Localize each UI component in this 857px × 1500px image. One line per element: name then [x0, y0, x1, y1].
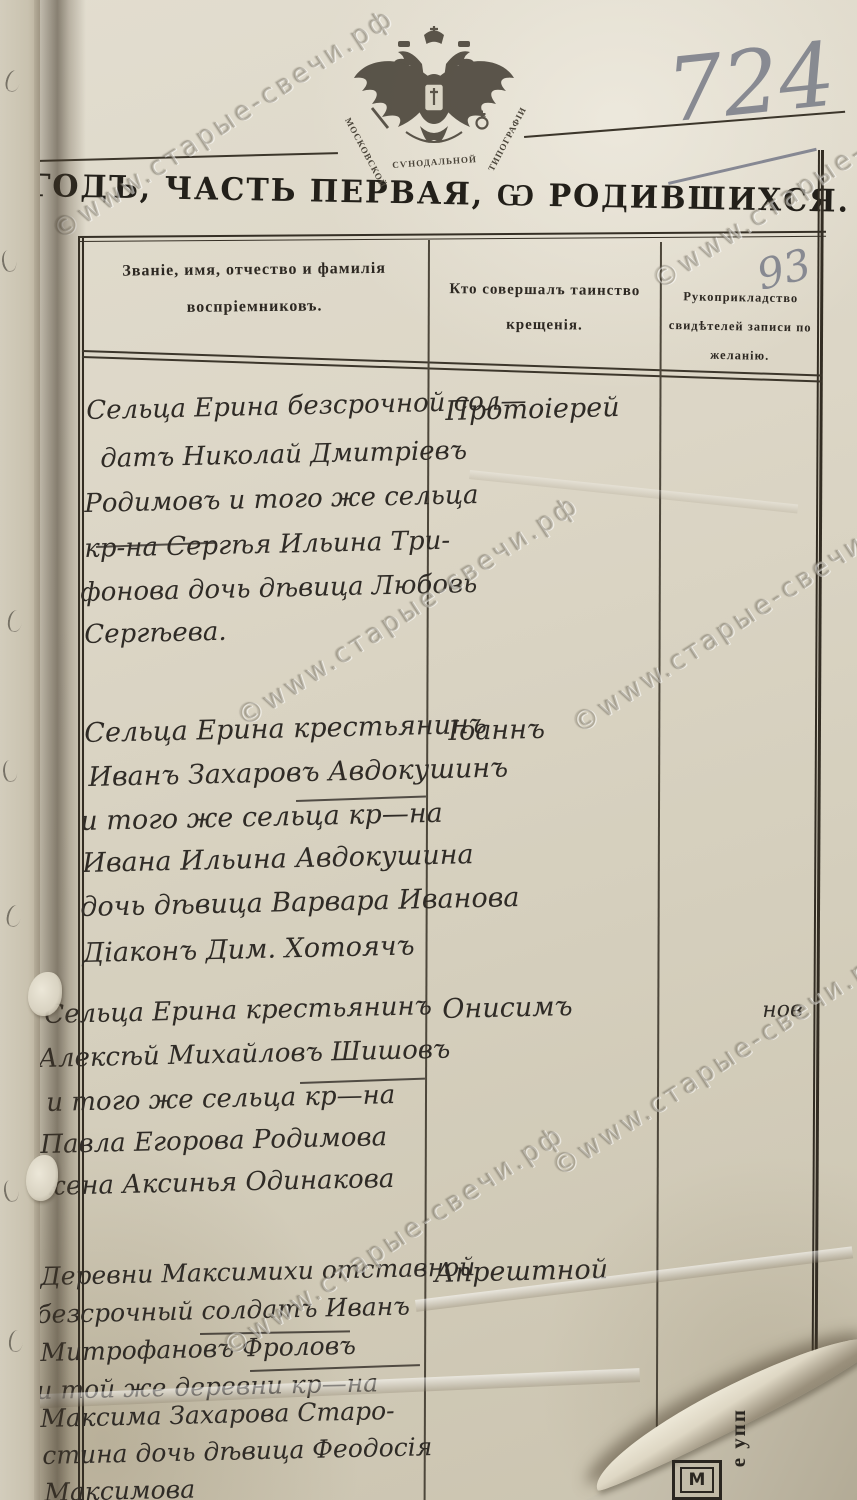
entry-3-line-2: Алексѣй Михайловъ Шишовъ	[38, 1035, 451, 1074]
page-title: ГОДЪ, ЧАСТЬ ПЕРВАЯ, Ѡ РОДИВШИХСЯ.	[29, 168, 850, 220]
entry-1-line-3: Родимовъ и того же сельца	[84, 480, 479, 519]
entry-3-line-3: и того же сельца кр—на	[46, 1080, 396, 1118]
crease-line	[469, 470, 798, 513]
pencil-strikethrough	[668, 148, 817, 185]
entry-3-witness: нов	[762, 997, 803, 1023]
entry-1-line-5: фонова дочь дѣвица Любовь	[80, 569, 478, 608]
entry-4-line-1: Деревни Максимихи отставной	[40, 1252, 476, 1291]
entry-4-line-7: Максимова	[44, 1475, 195, 1500]
entry-3-line-5: жена Аксинья Одинакова	[36, 1164, 395, 1202]
column-header-witnesses: Рукоприкладство свидѣтелей записи по жел…	[664, 282, 815, 371]
entry-3-officiant: Онисимъ	[442, 991, 573, 1025]
entry-2-officiant: Іоаннъ	[448, 714, 545, 747]
entry-2-line-2: Иванъ Захаровъ Авдокушинъ	[88, 752, 508, 793]
rule-left-of-emblem	[36, 152, 338, 162]
watermark: ©www.старые-свечи.рф	[547, 939, 857, 1183]
entry-1-line-2: датъ Николай Дмитріевъ	[100, 436, 467, 474]
entry-1-officiant: Протоіерей	[445, 392, 620, 427]
entry-4-officiant: Апрештной	[434, 1254, 608, 1289]
corner-stamp-box: М	[672, 1460, 722, 1500]
table-top-border	[78, 231, 826, 242]
entry-4-line-6: стина дочь дѣвица Феодосія	[42, 1432, 433, 1470]
document-photo: МОСКОВСКОЙ СѴНОДАЛЬНОЙ ТИПОГРАФІИ 724 93…	[0, 0, 857, 1500]
column-header-godparents: Званіе, имя, отчество и фамилія воспріем…	[82, 250, 427, 327]
entry-2-line-3: и того же сельца кр—на	[80, 798, 443, 837]
watermark: ©www.старые-свечи.рф	[217, 1119, 570, 1363]
previous-page-edge	[0, 0, 40, 1500]
entry-2-line-5: дочь дѣвица Варвара Иванова	[80, 882, 520, 923]
entry-2-line-6: Діаконъ Дим. Хотоячъ	[82, 930, 415, 969]
entry-4-line-3: Митрофановъ Фроловъ	[40, 1331, 356, 1367]
entry-4-line-2: безсрочный солдатъ Иванъ	[36, 1292, 410, 1329]
corner-stamp-vertical-text: е упп	[726, 1408, 751, 1467]
corner-stamp-letter: М	[680, 1467, 714, 1493]
pencil-number: 724	[662, 22, 840, 142]
imperial-double-headed-eagle-icon	[338, 26, 528, 158]
entry-1-line-6: Сергѣева.	[84, 617, 227, 650]
entry-3-line-4: Павла Егорова Родимова	[40, 1122, 387, 1160]
column-divider-2	[656, 242, 662, 1500]
watermark: ©www.старые-свечи.рф	[567, 496, 857, 740]
entry-3-line-1: Сельца Ерина крестьянинъ	[44, 991, 432, 1030]
entry-2-line-4: Ивана Ильина Авдокушина	[82, 839, 474, 879]
column-header-officiant: Кто совершалъ таинство крещенія.	[433, 272, 656, 343]
